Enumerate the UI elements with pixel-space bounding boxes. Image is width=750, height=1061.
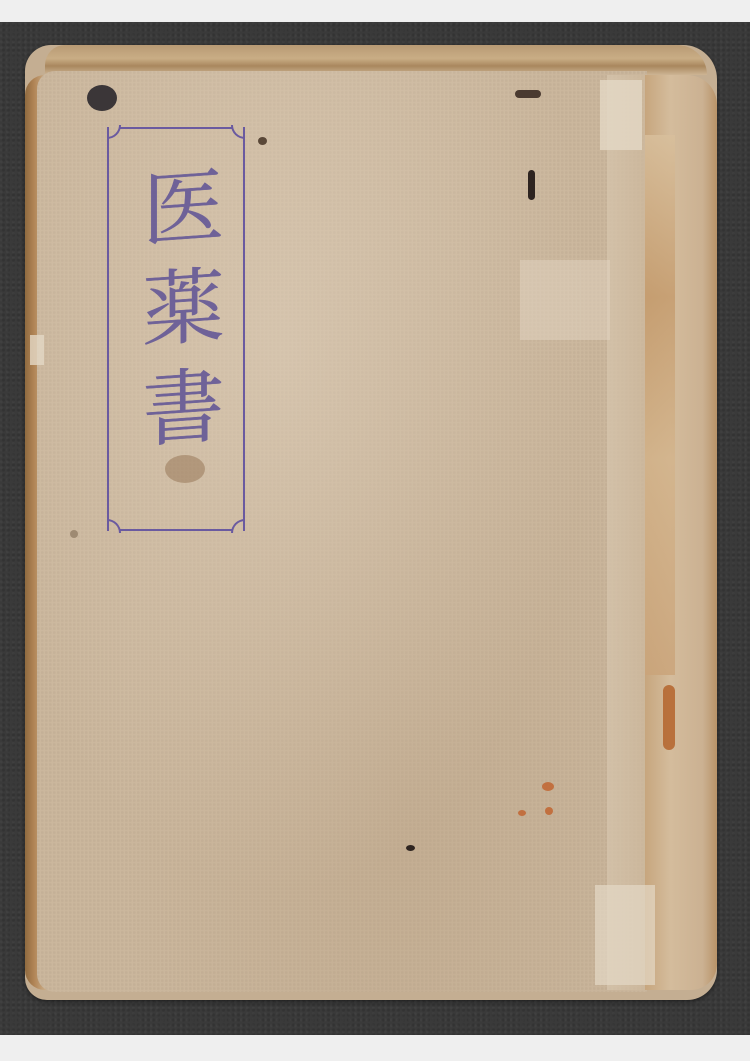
rust-stain — [542, 782, 554, 791]
ink-spot — [406, 845, 415, 851]
handwritten-title: 医薬書 — [109, 160, 243, 469]
book-spine-flap — [645, 75, 717, 990]
top-margin — [0, 0, 750, 22]
book-cover: 医薬書 — [25, 45, 717, 1000]
frame-corner — [231, 519, 245, 533]
frame-corner — [107, 519, 121, 533]
bottom-margin — [0, 1035, 750, 1061]
torn-patch — [520, 260, 610, 340]
torn-patch — [30, 335, 44, 365]
rust-stain — [545, 807, 553, 815]
ink-spot — [528, 170, 535, 200]
torn-patch — [600, 80, 642, 150]
dirt-spot — [70, 530, 78, 538]
spine-repair-band — [645, 135, 675, 675]
frame-corner — [107, 125, 121, 139]
frame-corner — [231, 125, 245, 139]
title-label-frame: 医薬書 — [107, 127, 245, 531]
torn-patch — [595, 885, 655, 985]
paper-fold — [607, 75, 647, 990]
rust-stain — [518, 810, 526, 816]
dirt-spot — [258, 137, 267, 145]
binding-hole — [87, 85, 117, 111]
ink-spot — [515, 90, 541, 98]
rust-stain — [663, 685, 675, 750]
